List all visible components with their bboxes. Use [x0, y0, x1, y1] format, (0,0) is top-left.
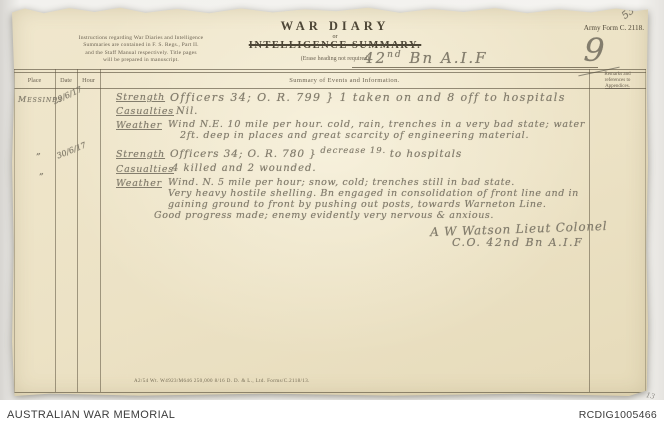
- entry2-place-ditto: ”: [39, 173, 44, 183]
- strength-part: to hospitals: [390, 148, 462, 160]
- entry2-weather-label: Weather: [116, 178, 162, 189]
- unit-rest: Bn A.I.F: [403, 49, 488, 67]
- divider-place-date: [55, 69, 56, 392]
- column-header-remarks: Remarks and references to Appendices.: [590, 72, 645, 89]
- column-header-hour: Hour: [77, 77, 100, 84]
- table-border-right: [645, 69, 646, 392]
- entry2-casualties-label: Casualties: [116, 164, 174, 175]
- institution-name: AUSTRALIAN WAR MEMORIAL: [7, 409, 175, 421]
- table-border-left: [14, 69, 15, 392]
- entry2-weather-line1: Wind. N. 5 mile per hour; snow, cold; tr…: [168, 177, 515, 188]
- table-top-rule-2: [14, 72, 646, 73]
- entry2-weather-line4: Good progress made; enemy evidently very…: [154, 210, 494, 221]
- archive-caption-bar: AUSTRALIAN WAR MEMORIAL RCDIG1005466: [0, 400, 664, 430]
- scanned-war-diary-page: Instructions regarding War Diaries and I…: [0, 0, 664, 430]
- entry1-strength-label: Strength: [116, 92, 165, 103]
- paper-sheet: Instructions regarding War Diaries and I…: [12, 7, 648, 396]
- form-title: WAR DIARY: [185, 19, 485, 34]
- entry1-casualties-text: Nil.: [176, 106, 198, 117]
- entry2-strength-text: Officers 34; O. R. 780 } decrease 19. to…: [170, 148, 462, 160]
- header-bottom-rule: [14, 88, 646, 89]
- war-diary-form: Instructions regarding War Diaries and I…: [12, 7, 648, 396]
- unit-rule-line: [352, 67, 598, 68]
- entry2-date: 30/6/17: [55, 141, 87, 161]
- unit-number: 42: [364, 49, 387, 67]
- printer-imprint: A2/54 Wt. W4923/M646 250,000 8/16 D. D. …: [134, 379, 310, 384]
- entry1-weather-line1: Wind N.E. 10 mile per hour. cold, rain, …: [168, 119, 585, 130]
- entry1-weather-label: Weather: [116, 120, 162, 131]
- co-signature-unit: C.O. 42nd Bn A.I.F: [452, 236, 583, 249]
- column-header-summary: Summary of Events and Information.: [100, 77, 589, 84]
- entry1-strength-text: Officers 34; O. R. 799 } 1 taken on and …: [170, 91, 566, 104]
- entry1-casualties-label: Casualties: [116, 106, 174, 117]
- divider-hour-summary: [100, 69, 101, 392]
- strength-note-raised: decrease 19.: [317, 146, 390, 156]
- remarks-header-line: Appendices.: [590, 84, 645, 90]
- entry2-weather-line3: gaining ground to front by pushing out p…: [168, 199, 546, 210]
- object-id: RCDIG1005466: [579, 409, 657, 421]
- column-header-date: Date: [55, 77, 77, 84]
- corner-pencil-mark: 53: [620, 5, 637, 22]
- unit-ordinal: nd: [387, 50, 403, 60]
- unit-name-handwritten: 42nd Bn A.I.F: [364, 49, 488, 67]
- page-number-pencil: 9: [583, 30, 606, 69]
- column-header-place: Place: [14, 77, 55, 84]
- entry2-casualties-text: 4 killed and 2 wounded.: [172, 163, 317, 174]
- table-top-rule: [14, 69, 646, 70]
- entry2-weather-line2: Very heavy hostile shelling. Bn engaged …: [168, 188, 579, 199]
- table-bottom-rule: [14, 392, 646, 393]
- entry2-place-ditto: ”: [36, 153, 41, 163]
- entry1-weather-line2: 2ft. deep in places and great scarcity o…: [180, 130, 529, 141]
- divider-date-hour: [77, 69, 78, 392]
- entry2-strength-label: Strength: [116, 149, 165, 160]
- strength-part: Officers 34; O. R. 780 }: [170, 148, 317, 160]
